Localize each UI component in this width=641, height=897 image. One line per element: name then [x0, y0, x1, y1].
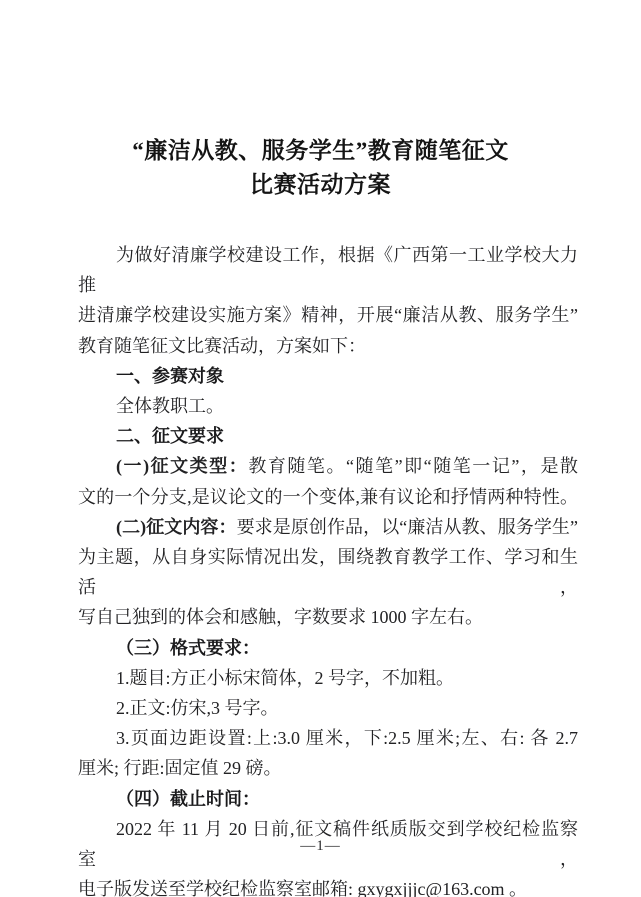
text-segment: 教育随笔征文比赛活动，方案如下：: [78, 336, 366, 356]
text-line: 进清廉学校建设实施方案》精神，开展“廉洁从教、服务学生”: [78, 300, 578, 330]
bold-text-segment: 一、参赛对象: [116, 366, 224, 386]
bold-text-segment: （三）格式要求：: [116, 638, 260, 658]
text-segment: 要求是原创作品，以“廉洁从教、服务学生”: [237, 517, 578, 537]
text-line: 写自己独到的体会和感触，字数要求 1000 字左右。: [78, 602, 578, 632]
text-line: 为做好清廉学校建设工作，根据《广西第一工业学校大力推: [78, 240, 578, 300]
text-segment: 为主题，从自身实际情况出发，围绕教育教学工作、学习和生活，: [78, 547, 578, 597]
text-segment: 电子版发送至学校纪检监察室邮箱: gxygxjjjc@163.com 。: [78, 879, 527, 897]
text-line: 为主题，从自身实际情况出发，围绕教育教学工作、学习和生活，: [78, 542, 578, 602]
text-line: 教育随笔征文比赛活动，方案如下：: [78, 331, 578, 361]
text-line: 电子版发送至学校纪检监察室邮箱: gxygxjjjc@163.com 。: [78, 874, 578, 897]
text-line: (一)征文类型：教育随笔。“随笔”即“随笔一记”，是散: [78, 451, 578, 481]
text-line: 二、征文要求: [78, 421, 578, 451]
page-number: —1—: [0, 838, 641, 855]
document-title-line-2: 比赛活动方案: [0, 168, 641, 202]
text-line: 一、参赛对象: [78, 361, 578, 391]
text-segment: 3.页面边距设置:上:3.0 厘米，下:2.5 厘米;左、右: 各 2.7: [116, 728, 578, 748]
text-line: 全体教职工。: [78, 391, 578, 421]
text-line: （三）格式要求：: [78, 633, 578, 663]
text-segment: 教育随笔。“随笔”即“随笔一记”，是散: [248, 456, 578, 476]
text-segment: 进清廉学校建设实施方案》精神，开展“廉洁从教、服务学生”: [78, 305, 578, 325]
text-line: （四）截止时间：: [78, 784, 578, 814]
text-segment: 全体教职工。: [116, 396, 224, 416]
text-segment: 写自己独到的体会和感触，字数要求 1000 字左右。: [78, 607, 483, 627]
bold-text-segment: 二、征文要求: [116, 426, 224, 446]
text-segment: 1.题目:方正小标宋简体，2 号字，不加粗。: [116, 668, 454, 688]
text-segment: 厘米; 行距:固定值 29 磅。: [78, 758, 282, 778]
text-segment: 文的一个分支,是议论文的一个变体,兼有议论和抒情两种特性。: [78, 487, 578, 507]
text-line: 厘米; 行距:固定值 29 磅。: [78, 753, 578, 783]
bold-text-segment: (一)征文类型：: [116, 456, 248, 476]
text-line: 3.页面边距设置:上:3.0 厘米，下:2.5 厘米;左、右: 各 2.7: [78, 723, 578, 753]
document-title-line-1: “廉洁从教、服务学生”教育随笔征文: [0, 134, 641, 168]
text-line: 2.正文:仿宋,3 号字。: [78, 693, 578, 723]
text-segment: 为做好清廉学校建设工作，根据《广西第一工业学校大力推: [78, 245, 578, 295]
document-page: “廉洁从教、服务学生”教育随笔征文 比赛活动方案 为做好清廉学校建设工作，根据《…: [0, 0, 641, 897]
bold-text-segment: （四）截止时间：: [116, 789, 260, 809]
text-line: (二)征文内容：要求是原创作品，以“廉洁从教、服务学生”: [78, 512, 578, 542]
bold-text-segment: (二)征文内容：: [116, 517, 237, 537]
text-line: 文的一个分支,是议论文的一个变体,兼有议论和抒情两种特性。: [78, 482, 578, 512]
text-segment: 2.正文:仿宋,3 号字。: [116, 698, 279, 718]
document-title: “廉洁从教、服务学生”教育随笔征文 比赛活动方案: [0, 134, 641, 202]
text-line: 1.题目:方正小标宋简体，2 号字，不加粗。: [78, 663, 578, 693]
document-body: 为做好清廉学校建设工作，根据《广西第一工业学校大力推进清廉学校建设实施方案》精神…: [78, 240, 578, 897]
